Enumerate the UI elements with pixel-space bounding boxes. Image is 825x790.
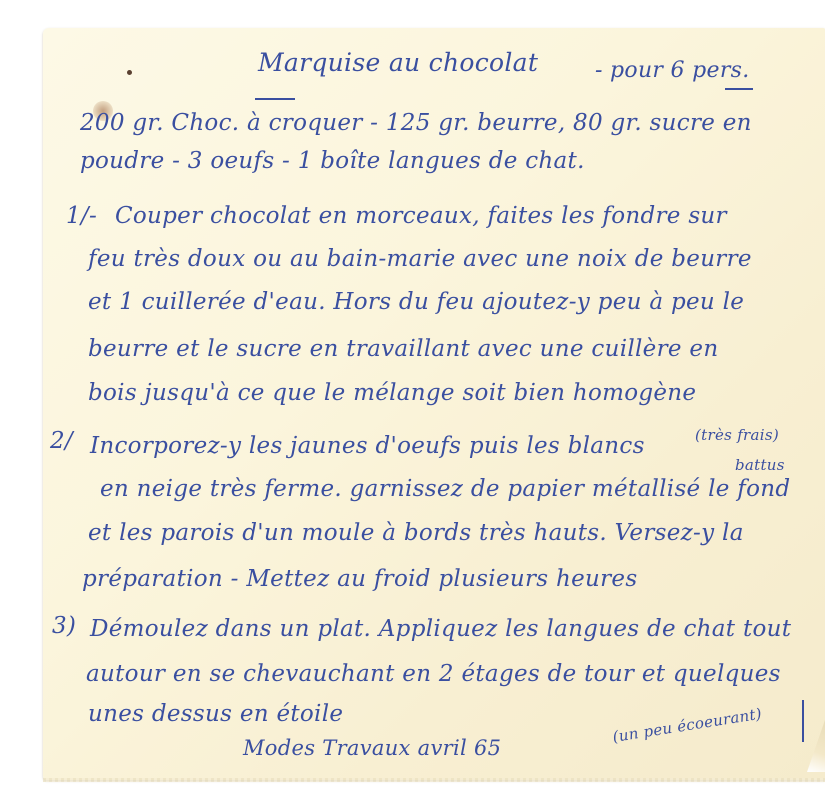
step-3-number: 3)	[52, 615, 76, 638]
step-3-line-2: autour en se chevauchant en 2 étages de …	[86, 663, 781, 686]
step-1-line-1: Couper chocolat en morceaux, faites les …	[115, 205, 727, 228]
step-1-line-3: et 1 cuillerée d'eau. Hors du feu ajoute…	[88, 291, 744, 314]
step-2-line-2: en neige très ferme. garnissez de papier…	[100, 478, 790, 501]
folded-corner	[807, 720, 825, 772]
step-1-number: 1/-	[66, 205, 97, 228]
servings-underline	[725, 88, 753, 90]
ink-dot	[127, 70, 132, 75]
ingredients-line-2: poudre - 3 oeufs - 1 boîte langues de ch…	[80, 150, 585, 173]
step-1-line-5: bois jusqu'à ce que le mélange soit bien…	[88, 382, 696, 405]
step-3-line-3: unes dessus en étoile	[88, 703, 343, 726]
recipe-title: Marquise au chocolat	[258, 50, 538, 75]
servings-note: - pour 6 pers.	[595, 60, 750, 82]
step-1-line-4: beurre et le sucre en travaillant avec u…	[88, 338, 718, 361]
step-2-line-1: Incorporez-y les jaunes d'oeufs puis les…	[90, 435, 645, 458]
step-2-annotation-bottom: battus	[735, 458, 785, 473]
step-2-line-4: préparation - Mettez au froid plusieurs …	[82, 568, 637, 591]
step-2-line-3: et les parois d'un moule à bords très ha…	[88, 522, 744, 545]
note-bracket	[802, 700, 804, 742]
step-1-line-2: feu très doux ou au bain-marie avec une …	[88, 248, 752, 271]
ingredients-line-1: 200 gr. Choc. à croquer - 125 gr. beurre…	[80, 112, 752, 135]
step-3-line-1: Démoulez dans un plat. Appliquez les lan…	[90, 618, 791, 641]
source-citation: Modes Travaux avril 65	[243, 738, 501, 759]
step-2-number: 2/	[50, 430, 73, 453]
step-2-annotation-top: (très frais)	[695, 428, 779, 443]
overline-mark	[255, 98, 295, 100]
